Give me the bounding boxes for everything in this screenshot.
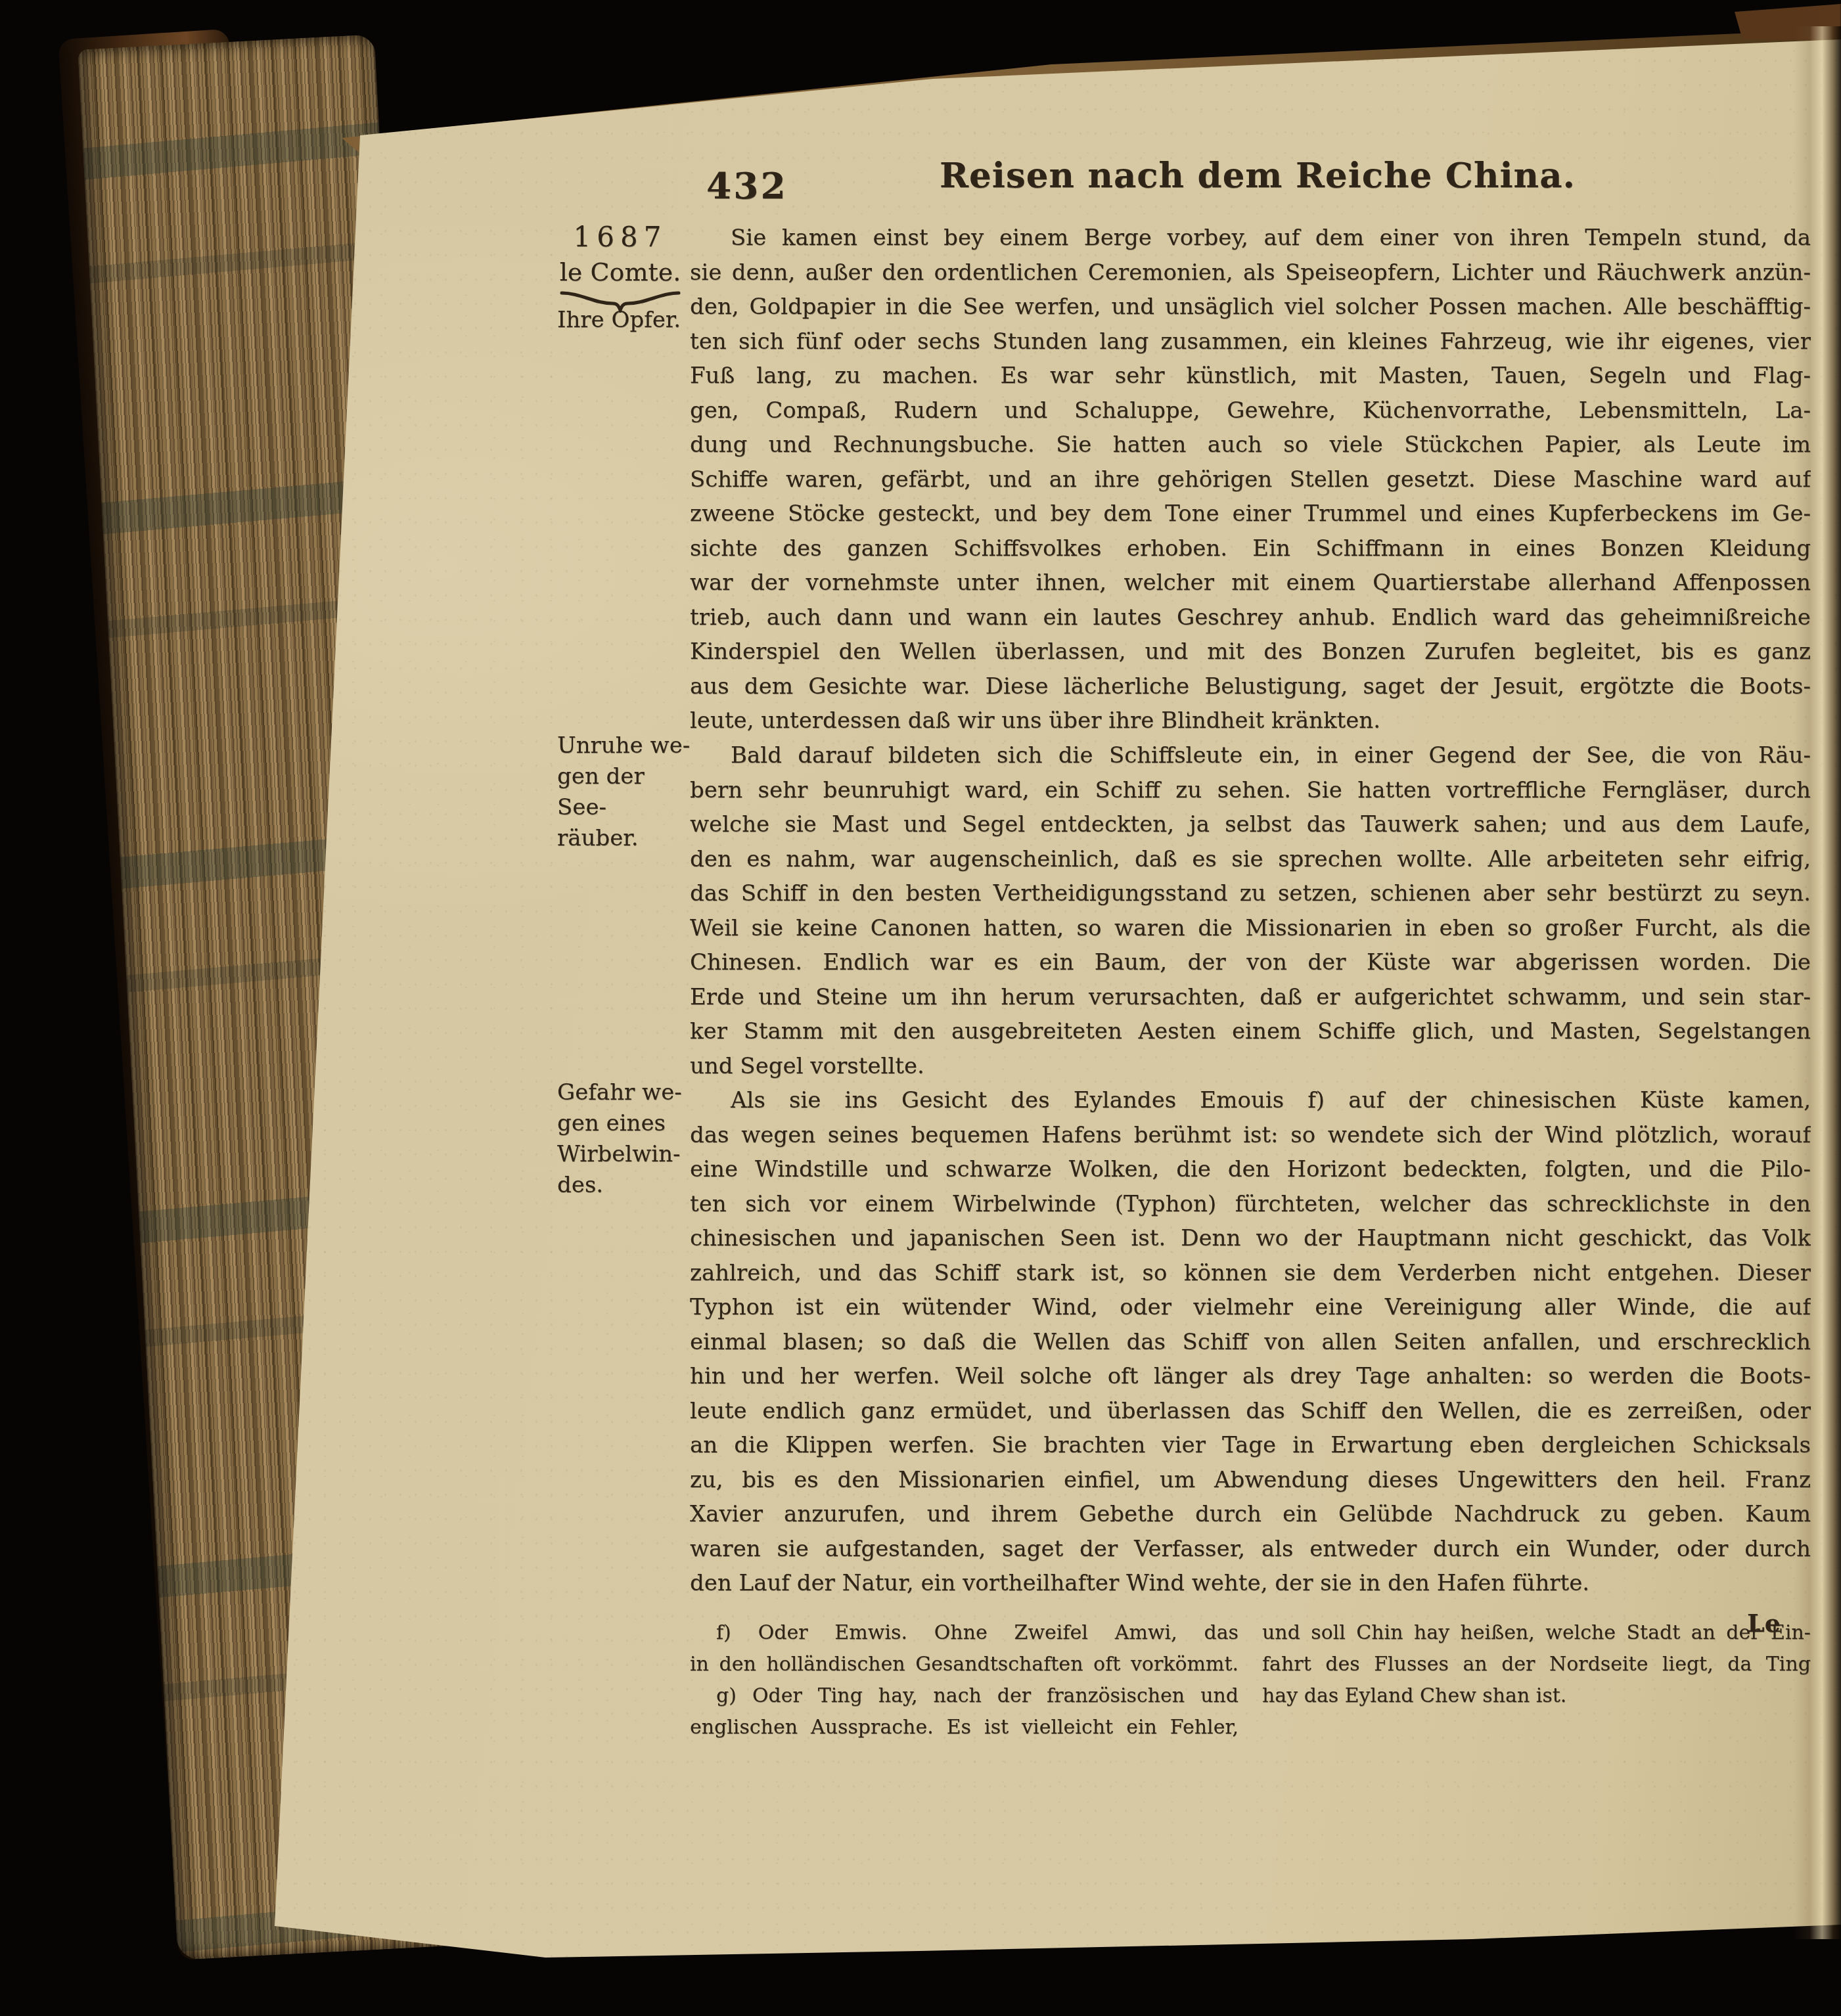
paragraph: Bald darauf bildeten sich die Schiffsleu… [690,738,1811,1083]
body-line: Chinesen. Endlich war es ein Baum, der v… [690,945,1811,980]
body-line: an die Klippen werfen. Sie brachten vier… [690,1428,1811,1463]
body-line: war der vornehmste unter ihnen, welcher … [690,566,1811,600]
body-line: waren sie aufgestanden, saget der Verfas… [690,1532,1811,1567]
body-line: Sie kamen einst bey einem Berge vorbey, … [690,221,1811,256]
body-line: sichte des ganzen Schiffsvolkes erhoben.… [690,531,1811,566]
body-line: ker Stamm mit den ausgebreiteten Aesten … [690,1014,1811,1049]
margin-note-line: gen der See- [557,761,693,823]
body-line: chinesischen und japanischen Seen ist. D… [690,1221,1811,1256]
margin-note-line: gen eines [557,1108,693,1139]
margin-note-line: räuber. [557,823,693,854]
body-line: den, Goldpapier in die See werfen, und u… [690,290,1811,325]
margin-source: le Comte. [551,258,690,286]
body-line: ten sich fünf oder sechs Stunden lang zu… [690,325,1811,359]
footnote-line: f) Oder Emwis. Ohne Zweifel Amwi, das [690,1617,1239,1649]
margin-note: Ihre Opfer. [557,305,693,336]
body-line: dung und Rechnungsbuche. Sie hatten auch… [690,428,1811,462]
body-line: das Schiff in den besten Vertheidigungss… [690,876,1811,911]
body-line: Kinderspiel den Wellen überlassen, und m… [690,635,1811,669]
footnote-line: in den holländischen Gesandtschaften oft… [690,1649,1239,1680]
body-line: leute endlich ganz ermüdet, und überlass… [690,1394,1811,1429]
body-line: Erde und Steine um ihn herum verursachte… [690,980,1811,1015]
footnote-line: hay das Eyland Chew shan ist. [1262,1680,1811,1712]
body-line: Weil sie keine Canonen hatten, so waren … [690,911,1811,946]
body-line: zweene Stöcke gesteckt, und bey dem Tone… [690,497,1811,531]
body-line: zu, bis es den Missionarien einfiel, um … [690,1463,1811,1498]
footnote-line: englischen Aussprache. Es ist vielleicht… [690,1712,1239,1743]
page-number: 432 [706,164,788,207]
body-line: Bald darauf bildeten sich die Schiffsleu… [690,738,1811,773]
paragraph: Sie kamen einst bey einem Berge vorbey, … [690,221,1811,738]
body-line: den es nahm, war augenscheinlich, daß es… [690,842,1811,877]
body-line: Typhon ist ein wütender Wind, oder vielm… [690,1290,1811,1325]
body-line: hin und her werfen. Weil solche oft läng… [690,1359,1811,1394]
body-line: welche sie Mast und Segel entdeckten, ja… [690,807,1811,842]
book-scan-photo: 432 Reisen nach dem Reiche China. 1687 l… [0,0,1841,2016]
body-line: leute, unterdessen daß wir uns über ihre… [690,704,1811,738]
footnote-column-left: f) Oder Emwis. Ohne Zweifel Amwi, das in… [690,1617,1239,1743]
body-line: das wegen seines bequemen Hafens berühmt… [690,1118,1811,1153]
margin-note-line: des. [557,1170,693,1201]
body-line: eine Windstille und schwarze Wolken, die… [690,1152,1811,1187]
footnote-line: fahrt des Flusses an der Nordseite liegt… [1262,1649,1811,1680]
margin-note-line: Gefahr we- [557,1077,693,1108]
body-line: Fuß lang, zu machen. Es war sehr künstli… [690,359,1811,393]
body-line: Xavier anzurufen, und ihrem Gebethe durc… [690,1497,1811,1532]
margin-note-line: Wirbelwin- [557,1139,693,1170]
paragraph: Als sie ins Gesicht des Eylandes Emouis … [690,1083,1811,1601]
body-line: Als sie ins Gesicht des Eylandes Emouis … [690,1083,1811,1118]
margin-note: Gefahr we- gen eines Wirbelwin- des. [557,1077,693,1201]
footnote-line: und soll Chin hay heißen, welche Stadt a… [1262,1617,1811,1649]
body-line: Schiffe waren, gefärbt, und an ihre gehö… [690,462,1811,497]
body-line: einmal blasen; so daß die Wellen das Sch… [690,1325,1811,1360]
footnote-column-right: und soll Chin hay heißen, welche Stadt a… [1262,1617,1811,1712]
running-title: Reisen nach dem Reiche China. [940,155,1570,196]
margin-year: 1687 [551,221,690,253]
margin-note-line: Unruhe we- [557,730,693,761]
body-line: bern sehr beunruhigt ward, ein Schiff zu… [690,773,1811,808]
body-line: zahlreich, und das Schiff stark ist, so … [690,1256,1811,1291]
margin-note-line: Ihre Opfer. [557,305,693,336]
body-line: sie denn, außer den ordentlichen Ceremon… [690,256,1811,290]
body-line: und Segel vorstellte. [690,1049,1811,1084]
footnote-line: g) Oder Ting hay, nach der französischen… [690,1680,1239,1712]
body-line: ten sich vor einem Wirbelwinde (Typhon) … [690,1187,1811,1222]
body-line: aus dem Gesichte war. Diese lächerliche … [690,669,1811,704]
body-line: gen, Compaß, Rudern und Schaluppe, Geweh… [690,393,1811,428]
margin-note: Unruhe we- gen der See- räuber. [557,730,693,854]
body-line: den Lauf der Natur, ein vortheilhafter W… [690,1566,1811,1601]
body-line: trieb, auch dann und wann ein lautes Ges… [690,600,1811,635]
